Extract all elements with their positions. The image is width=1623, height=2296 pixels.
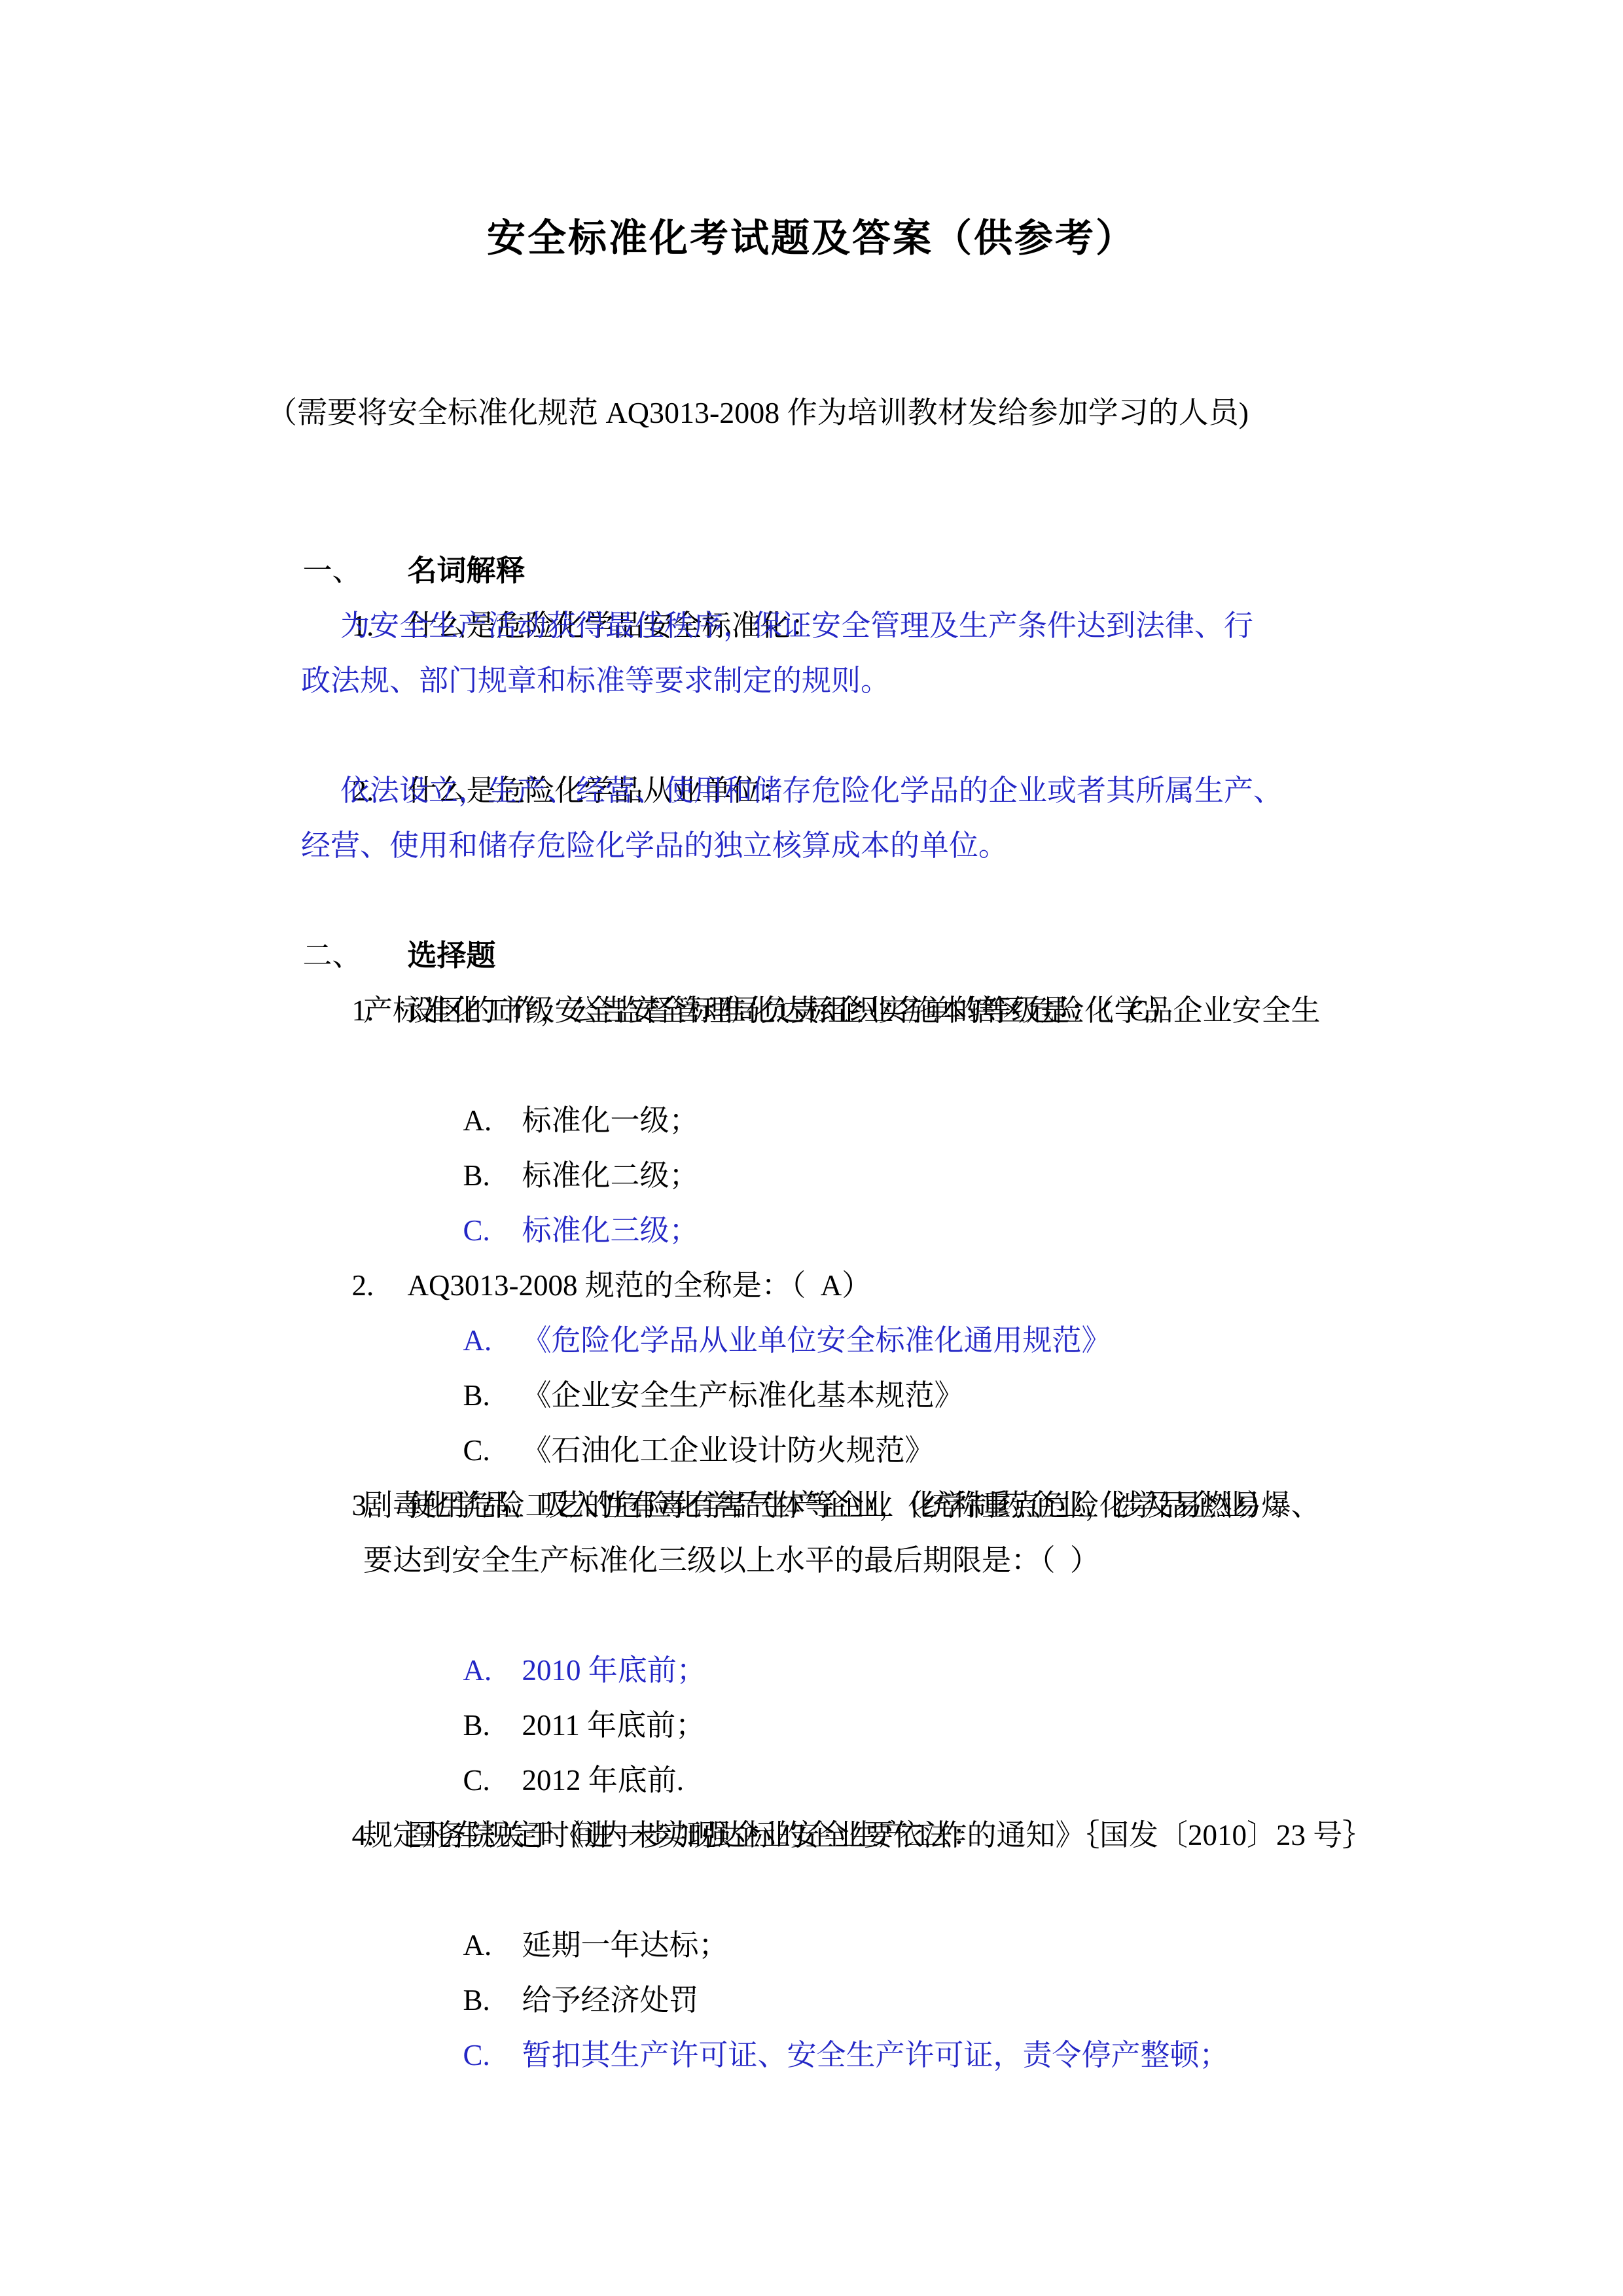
- page-title: 安全标准化考试题及答案（供参考）: [0, 207, 1623, 262]
- section-heading-label: 选择题: [408, 939, 496, 972]
- option-text: 标准化二级；: [522, 1159, 699, 1192]
- definition-answer-line: 依法设立，生产、经营、使用和储存危险化学品的企业或者其所属生产、: [0, 763, 1623, 818]
- definition-answer-line: 经营、使用和储存危险化学品的独立核算成本的单位。: [0, 818, 1623, 873]
- section-heading-definitions: 一、名词解释: [0, 488, 1623, 543]
- option-letter: B.: [463, 1148, 522, 1203]
- option-text: 2011 年底前；: [522, 1709, 705, 1742]
- option-item-correct: A.2010 年底前；: [0, 1588, 1623, 1643]
- document-page: 安全标准化考试题及答案（供参考） （需要将安全标准化规范 AQ3013-2008…: [0, 0, 1623, 2296]
- option-item-correct: C.标准化三级；: [0, 1148, 1623, 1203]
- option-item: B.标准化二级；: [0, 1093, 1623, 1148]
- option-text: 延期一年达标；: [522, 1929, 728, 1962]
- option-text: 《企业安全生产标准化基本规范》: [522, 1379, 964, 1412]
- option-text: 暂扣其生产许可证、安全生产许可证，责令停产整顿；: [522, 2039, 1229, 2072]
- option-letter: B.: [463, 1973, 522, 2028]
- option-text: 给予经济处罚: [522, 1984, 699, 2017]
- option-letter: A.: [463, 1313, 522, 1368]
- option-letter: A.: [463, 1093, 522, 1148]
- choice-question-text: AQ3013-2008 规范的全称是：（ A）: [408, 1269, 872, 1302]
- option-letter: C.: [463, 1203, 522, 1258]
- option-letter: C.: [463, 1753, 522, 1808]
- choice-question: 2.AQ3013-2008 规范的全称是：（ A）: [0, 1203, 1623, 1258]
- option-text: 2010 年底前；: [522, 1654, 706, 1687]
- choice-question: 4.国务院关于《进一步加强企业安全生产工作的通知》｛国发〔2010〕23 号｝: [0, 1753, 1623, 1808]
- option-letter: C.: [463, 2028, 522, 2083]
- option-item-correct: C.暂扣其生产许可证、安全生产许可证，责令停产整顿；: [0, 1973, 1623, 2028]
- option-letter: A.: [463, 1643, 522, 1698]
- choice-question-line: 规定凡在规定时间内未实现达标的企业要依法：: [0, 1808, 1623, 1863]
- choice-question-line: 剧毒化学品、吸入性有毒有害气体等企业（统称重点危险化学品企业）: [0, 1478, 1623, 1533]
- section-heading-label: 名词解释: [408, 554, 526, 587]
- section-heading-choices: 二、选择题: [0, 873, 1623, 928]
- training-note: （需要将安全标准化规范 AQ3013-2008 作为培训教材发给参加学习的人员): [267, 389, 1249, 432]
- definition-question: 2.什么是危险化学品从业单位：: [0, 708, 1623, 763]
- option-text: 《危险化学品从业单位安全标准化通用规范》: [522, 1324, 1111, 1357]
- option-text: 标准化一级；: [522, 1104, 699, 1137]
- section-number: 二、: [303, 928, 408, 983]
- option-item: B.给予经济处罚: [0, 1918, 1623, 1973]
- option-letter: B.: [463, 1368, 522, 1423]
- option-item: A.延期一年达标；: [0, 1863, 1623, 1918]
- option-letter: A.: [463, 1918, 522, 1973]
- option-item: A.标准化一级；: [0, 1038, 1623, 1093]
- definition-question: 1.什么是危险化学品安全标准化：: [0, 543, 1623, 598]
- definition-answer-line: 为安全生产活动获得最佳秩序，保证安全管理及生产条件达到法律、行: [0, 598, 1623, 653]
- definition-answer-line: 政法规、部门规章和标准等要求制定的规则。: [0, 653, 1623, 708]
- option-text: 2012 年底前.: [522, 1764, 685, 1797]
- section-number: 一、: [303, 543, 408, 598]
- choice-question-line: 产标准化工作，公告安全标准化达标企业名单的等级是：（ C）: [0, 983, 1623, 1038]
- option-letter: C.: [463, 1423, 522, 1478]
- option-letter: B.: [463, 1698, 522, 1753]
- item-number: 2.: [352, 1258, 408, 1313]
- document-body: 一、名词解释 1.什么是危险化学品安全标准化： 为安全生产活动获得最佳秩序，保证…: [0, 488, 1623, 2028]
- option-item: C.2012 年底前.: [0, 1698, 1623, 1753]
- option-text: 《石油化工企业设计防火规范》: [522, 1434, 935, 1467]
- choice-question-line: 要达到安全生产标准化三级以上水平的最后期限是：（ ）: [0, 1533, 1623, 1588]
- option-text: 标准化三级；: [522, 1214, 699, 1247]
- choice-question: 1.设区的市级安全监督管理局负责组织实施本辖区危险化学品企业安全生: [0, 928, 1623, 983]
- option-item: B.2011 年底前；: [0, 1643, 1623, 1698]
